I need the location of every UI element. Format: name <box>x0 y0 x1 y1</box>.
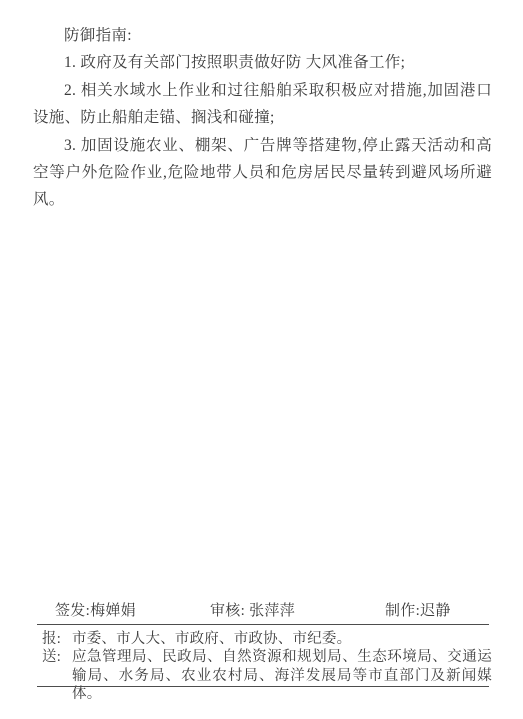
reviewer-field: 审核: 张萍萍 <box>210 599 295 620</box>
send-label: 送: <box>42 648 72 666</box>
maker-field: 制作:迟静 <box>385 599 451 620</box>
divider-bottom <box>37 686 489 687</box>
report-row: 报: 市委、市人大、市政府、市政协、市纪委。 <box>42 630 492 648</box>
signature-row: 签发:梅婵娟 审核: 张萍萍 制作:迟静 <box>0 599 523 617</box>
guide-item-2: 2. 相关水域水上作业和过往船舶采取积极应对措施,加固港口设施、防止船舶走锚、搁… <box>33 77 492 132</box>
send-recipients: 应急管理局、民政局、自然资源和规划局、生态环境局、交通运输局、水务局、农业农村局… <box>72 648 492 703</box>
guide-item-1: 1. 政府及有关部门按照职责做好防 大风准备工作; <box>33 49 492 76</box>
reviewer-label: 审核: <box>210 603 249 619</box>
report-label: 报: <box>42 630 72 648</box>
document-page: 防御指南: 1. 政府及有关部门按照职责做好防 大风准备工作; 2. 相关水域水… <box>0 0 523 719</box>
issuer-name: 梅婵娟 <box>90 603 136 619</box>
guide-item-3: 3. 加固设施农业、棚架、广告牌等搭建物,停止露天活动和高空等户外危险作业,危险… <box>33 132 492 214</box>
guide-title: 防御指南: <box>33 22 492 49</box>
divider-top <box>37 624 489 625</box>
reviewer-name: 张萍萍 <box>249 603 295 619</box>
issuer-label: 签发: <box>55 603 90 619</box>
maker-name: 迟静 <box>420 603 451 619</box>
distribution-list: 报: 市委、市人大、市政府、市政协、市纪委。 送: 应急管理局、民政局、自然资源… <box>42 630 492 704</box>
report-recipients: 市委、市人大、市政府、市政协、市纪委。 <box>72 630 492 648</box>
send-row: 送: 应急管理局、民政局、自然资源和规划局、生态环境局、交通运输局、水务局、农业… <box>42 648 492 703</box>
defense-guide-section: 防御指南: 1. 政府及有关部门按照职责做好防 大风准备工作; 2. 相关水域水… <box>33 22 492 214</box>
maker-label: 制作: <box>385 603 420 619</box>
issuer-field: 签发:梅婵娟 <box>55 599 136 620</box>
